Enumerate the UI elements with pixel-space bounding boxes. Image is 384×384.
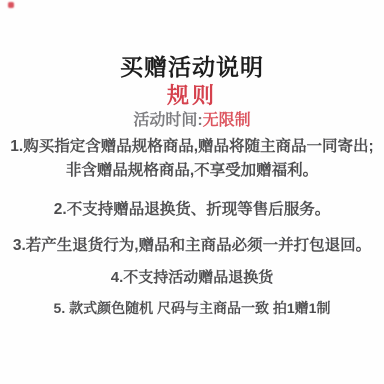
rule-line-2: 2.不支持赠品退换货、折现等售后服务。 — [54, 199, 330, 221]
rule-line-3: 3.若产生退货行为,赠品和主商品必须一并打包退回。 — [13, 235, 371, 257]
activity-time-line: 活动时间:无限制 — [133, 111, 250, 131]
promo-subtitle-rules: 规则 — [167, 83, 217, 109]
promo-image: 买赠活动说明 规则 活动时间:无限制 1.购买指定含赠品规格商品,赠品将随主商品… — [0, 0, 384, 384]
promo-title: 买赠活动说明 — [120, 53, 264, 81]
promo-content: 买赠活动说明 规则 活动时间:无限制 1.购买指定含赠品规格商品,赠品将随主商品… — [0, 0, 384, 319]
rule-line-1-continued: 非含赠品规格商品,不享受加赠福利。 — [66, 160, 318, 182]
rule-line-4: 4.不支持活动赠品退换货 — [111, 267, 274, 289]
activity-time-value: 无限制 — [203, 112, 251, 129]
rule-line-5: 5. 款式颜色随机 尺码与主商品一致 拍1赠1制 — [54, 297, 331, 319]
activity-time-label: 活动时间: — [133, 112, 202, 129]
rule-line-1: 1.购买指定含赠品规格商品,赠品将随主商品一同寄出; — [10, 136, 373, 158]
